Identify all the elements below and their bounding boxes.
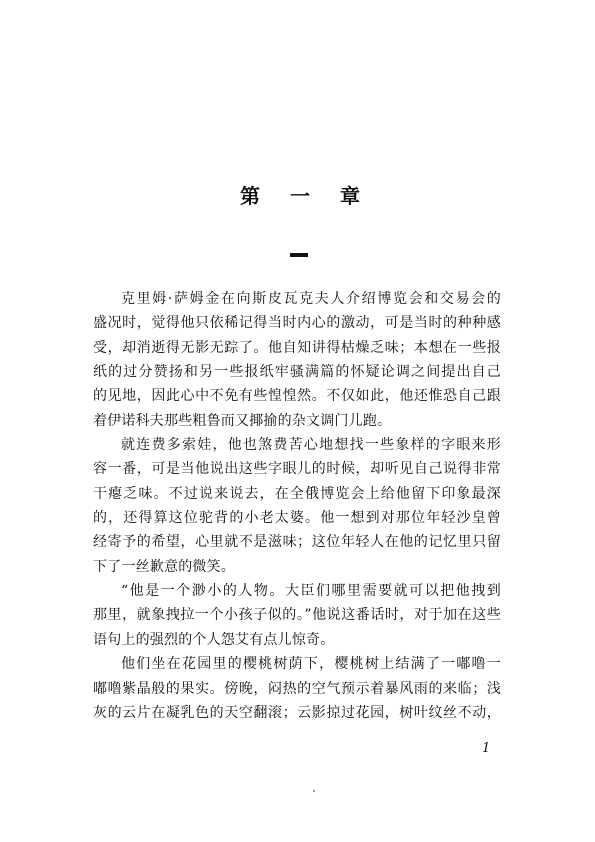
text-line: 容一番，可是当他说出这些字眼儿的时候，却听见自己说得非常 (93, 459, 501, 483)
text-line: 克里姆·萨姆金在向斯皮瓦克夫人介绍博览会和交易会的 (93, 289, 501, 313)
body-text: 克里姆·萨姆金在向斯皮瓦克夫人介绍博览会和交易会的 盛况时，觉得他只依稀记得当时… (93, 289, 501, 727)
text-line: “他是一个渺小的人物。大臣们哪里需要就可以把他拽到 (93, 581, 501, 605)
chapter-title-char: 章 (340, 184, 360, 208)
text-line: 语句上的强烈的个人怨艾有点儿惊奇。 (93, 630, 501, 654)
text-line: 他们坐在花园里的樱桃树荫下，樱桃树上结满了一嘟噜一 (93, 654, 501, 678)
book-page: 第 一 章 克里姆·萨姆金在向斯皮瓦克夫人介绍博览会和交易会的 盛况时，觉得他只… (0, 0, 595, 842)
text-line: 那里，就象拽拉一个小孩子似的。”他说这番话时，对于加在这些 (93, 605, 501, 629)
text-line: 着伊诺科夫那些粗鲁而又揶揄的杂文调门儿跑。 (93, 411, 501, 435)
scan-speck (313, 790, 315, 792)
paragraph: 克里姆·萨姆金在向斯皮瓦克夫人介绍博览会和交易会的 盛况时，觉得他只依稀记得当时… (93, 289, 501, 435)
text-line: 干瘪乏味。不过说来说去，在全俄博览会上给他留下印象最深 (93, 484, 501, 508)
text-line: 下了一丝歉意的微笑。 (93, 557, 501, 581)
text-line: 就连费多索娃，他也煞费苦心地想找一些象样的字眼来形 (93, 435, 501, 459)
paragraph: 他们坐在花园里的樱桃树荫下，樱桃树上结满了一嘟噜一 嘟噜紫晶般的果实。傍晚，闷热… (93, 654, 501, 727)
paragraph: “他是一个渺小的人物。大臣们哪里需要就可以把他拽到 那里，就象拽拉一个小孩子似的… (93, 581, 501, 654)
paragraph: 就连费多索娃，他也煞费苦心地想找一些象样的字眼来形 容一番，可是当他说出这些字眼… (93, 435, 501, 581)
text-line: 嘟噜紫晶般的果实。傍晚，闷热的空气预示着暴风雨的来临；浅 (93, 679, 501, 703)
text-line: 的，还得算这位驼背的小老太婆。他一想到对那位年轻沙皇曾 (93, 508, 501, 532)
text-line: 受，却消逝得无影无踪了。他自知讲得枯燥乏味；本想在一些报 (93, 338, 501, 362)
chapter-title-char: 一 (290, 184, 310, 208)
section-number-one (290, 253, 308, 257)
text-line: 纸的过分赞扬和另一些报纸牢骚满篇的怀疑论调之间提出自己 (93, 362, 501, 386)
text-line: 盛况时，觉得他只依稀记得当时内心的激动，可是当时的种种感 (93, 313, 501, 337)
chapter-title: 第 一 章 (240, 184, 360, 208)
page-number: 1 (482, 741, 490, 756)
text-line: 灰的云片在凝乳色的天空翻滚；云影掠过花园，树叶纹丝不动， (93, 703, 501, 727)
chapter-title-char: 第 (240, 184, 260, 208)
text-line: 经寄予的希望，心里就不是滋味；这位年轻人在他的记忆里只留 (93, 532, 501, 556)
text-line: 的见地，因此心中不免有些惶惶然。不仅如此，他还惟恐自己跟 (93, 386, 501, 410)
